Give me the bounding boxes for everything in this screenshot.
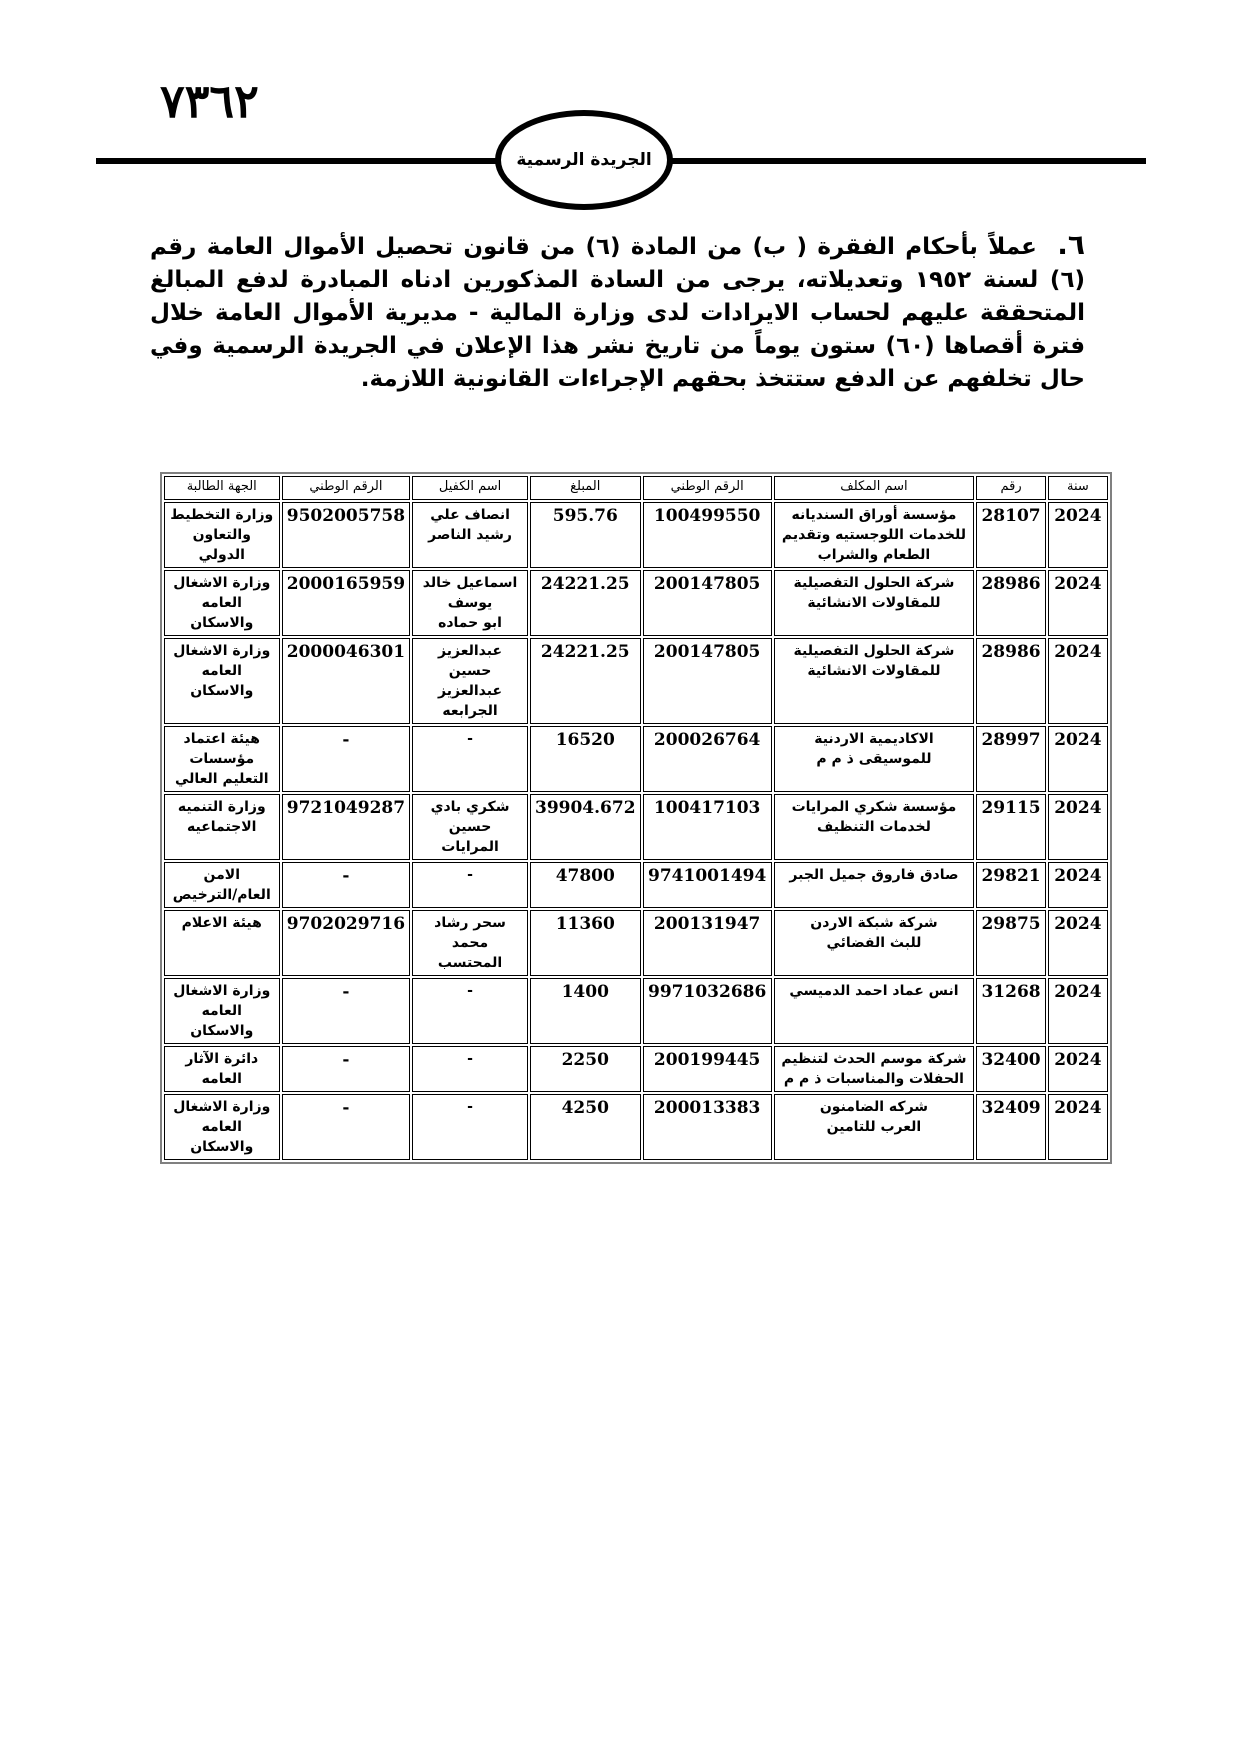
cell-guarantor-id: - <box>282 978 411 1044</box>
debtors-table: سنة رقم اسم المكلف الرقم الوطني المبلغ ا… <box>160 472 1112 1164</box>
table-row: 2024 29821 صادق فاروق جميل الجبر 9741001… <box>164 862 1108 908</box>
cell-number: 28997 <box>976 726 1045 792</box>
cell-requesting-party: الامن العام/الترخيص <box>164 862 280 908</box>
cell-national-id: 9971032686 <box>643 978 772 1044</box>
cell-number: 29115 <box>976 794 1045 860</box>
table-row: 2024 28986 شركة الحلول التفصيلية للمقاول… <box>164 570 1108 636</box>
cell-national-id: 200026764 <box>643 726 772 792</box>
cell-year: 2024 <box>1048 910 1108 976</box>
notice-text: عملاً بأحكام الفقرة ( ب) من المادة (٦) م… <box>150 234 1085 392</box>
cell-requesting-party: وزارة الاشغال العامه والاسكان <box>164 978 280 1044</box>
cell-national-id: 100499550 <box>643 502 772 568</box>
cell-number: 32409 <box>976 1094 1045 1160</box>
cell-requesting-party: وزارة الاشغال العامه والاسكان <box>164 1094 280 1160</box>
cell-guarantor: سحر رشاد محمد المحتسب <box>412 910 527 976</box>
notice-paragraph: ٦. عملاً بأحكام الفقرة ( ب) من المادة (٦… <box>150 228 1085 396</box>
col-header-guarantor-id: الرقم الوطني <box>282 476 411 500</box>
table-row: 2024 29875 شركة شبكة الاردن للبث الفضائي… <box>164 910 1108 976</box>
cell-guarantor: عبدالعزيز حسين عبدالعزيز الجرابعه <box>412 638 527 724</box>
cell-taxpayer: الاكاديمية الاردنية للموسيقى ذ م م <box>774 726 975 792</box>
cell-number: 29821 <box>976 862 1045 908</box>
cell-number: 28107 <box>976 502 1045 568</box>
cell-requesting-party: وزارة الاشغال العامه والاسكان <box>164 638 280 724</box>
cell-guarantor-id: 9502005758 <box>282 502 411 568</box>
table-row: 2024 29115 مؤسسة شكري المرايات لخدمات ال… <box>164 794 1108 860</box>
col-header-guarantor: اسم الكفيل <box>412 476 527 500</box>
cell-guarantor-id: - <box>282 1094 411 1160</box>
cell-guarantor-id: 9702029716 <box>282 910 411 976</box>
cell-guarantor: اسماعيل خالد يوسف ابو حماده <box>412 570 527 636</box>
cell-year: 2024 <box>1048 726 1108 792</box>
cell-guarantor: - <box>412 978 527 1044</box>
col-header-number: رقم <box>976 476 1045 500</box>
cell-amount: 47800 <box>530 862 641 908</box>
cell-year: 2024 <box>1048 978 1108 1044</box>
cell-amount: 39904.672 <box>530 794 641 860</box>
col-header-national-id: الرقم الوطني <box>643 476 772 500</box>
cell-taxpayer: صادق فاروق جميل الجبر <box>774 862 975 908</box>
table-row: 2024 32400 شركة موسم الحدث لتنظيم الحفلا… <box>164 1046 1108 1092</box>
cell-guarantor-id: 2000046301 <box>282 638 411 724</box>
cell-year: 2024 <box>1048 502 1108 568</box>
cell-year: 2024 <box>1048 638 1108 724</box>
cell-number: 32400 <box>976 1046 1045 1092</box>
cell-requesting-party: هيئة الاعلام <box>164 910 280 976</box>
col-header-taxpayer: اسم المكلف <box>774 476 975 500</box>
cell-national-id: 200131947 <box>643 910 772 976</box>
masthead-title: الجريدة الرسمية <box>516 150 651 170</box>
cell-guarantor: - <box>412 1094 527 1160</box>
col-header-year: سنة <box>1048 476 1108 500</box>
cell-guarantor: شكري بادي حسين المرايات <box>412 794 527 860</box>
cell-national-id: 100417103 <box>643 794 772 860</box>
cell-amount: 595.76 <box>530 502 641 568</box>
col-header-amount: المبلغ <box>530 476 641 500</box>
table-row: 2024 32409 شركه الضامنون العرب للتامين 2… <box>164 1094 1108 1160</box>
cell-amount: 11360 <box>530 910 641 976</box>
cell-amount: 16520 <box>530 726 641 792</box>
cell-year: 2024 <box>1048 1046 1108 1092</box>
cell-guarantor-id: 9721049287 <box>282 794 411 860</box>
cell-number: 31268 <box>976 978 1045 1044</box>
cell-year: 2024 <box>1048 794 1108 860</box>
table-row: 2024 28107 مؤسسة أوراق السنديانه للخدمات… <box>164 502 1108 568</box>
table-row: 2024 28986 شركة الحلول التفصيلية للمقاول… <box>164 638 1108 724</box>
cell-amount: 4250 <box>530 1094 641 1160</box>
cell-requesting-party: وزارة التنميه الاجتماعيه <box>164 794 280 860</box>
notice-item-number: ٦. <box>1057 228 1085 261</box>
cell-taxpayer: شركة الحلول التفصيلية للمقاولات الانشائي… <box>774 570 975 636</box>
col-header-requesting-party: الجهة الطالبة <box>164 476 280 500</box>
cell-taxpayer: شركة شبكة الاردن للبث الفضائي <box>774 910 975 976</box>
cell-year: 2024 <box>1048 570 1108 636</box>
cell-number: 28986 <box>976 638 1045 724</box>
cell-national-id: 200013383 <box>643 1094 772 1160</box>
cell-taxpayer: انس عماد احمد الدميسي <box>774 978 975 1044</box>
page-number: ٧٣٦٢ <box>160 78 259 124</box>
cell-year: 2024 <box>1048 862 1108 908</box>
cell-amount: 1400 <box>530 978 641 1044</box>
cell-guarantor-id: - <box>282 1046 411 1092</box>
cell-guarantor: - <box>412 726 527 792</box>
cell-national-id: 200199445 <box>643 1046 772 1092</box>
cell-guarantor-id: - <box>282 726 411 792</box>
cell-number: 29875 <box>976 910 1045 976</box>
cell-taxpayer: مؤسسة أوراق السنديانه للخدمات اللوجستيه … <box>774 502 975 568</box>
cell-guarantor: انصاف علي رشيد الناصر <box>412 502 527 568</box>
cell-amount: 24221.25 <box>530 638 641 724</box>
cell-guarantor: - <box>412 862 527 908</box>
cell-taxpayer: شركة الحلول التفصيلية للمقاولات الانشائي… <box>774 638 975 724</box>
cell-national-id: 200147805 <box>643 638 772 724</box>
cell-taxpayer: مؤسسة شكري المرايات لخدمات التنظيف <box>774 794 975 860</box>
cell-guarantor-id: - <box>282 862 411 908</box>
cell-requesting-party: هيئة اعتماد مؤسسات التعليم العالي <box>164 726 280 792</box>
cell-guarantor: - <box>412 1046 527 1092</box>
table-row: 2024 31268 انس عماد احمد الدميسي 9971032… <box>164 978 1108 1044</box>
cell-number: 28986 <box>976 570 1045 636</box>
cell-amount: 2250 <box>530 1046 641 1092</box>
cell-requesting-party: وزارة التخطيط والتعاون الدولي <box>164 502 280 568</box>
cell-national-id: 200147805 <box>643 570 772 636</box>
cell-requesting-party: وزارة الاشغال العامه والاسكان <box>164 570 280 636</box>
cell-guarantor-id: 2000165959 <box>282 570 411 636</box>
table-row: 2024 28997 الاكاديمية الاردنية للموسيقى … <box>164 726 1108 792</box>
cell-year: 2024 <box>1048 1094 1108 1160</box>
cell-taxpayer: شركة موسم الحدث لتنظيم الحفلات والمناسبا… <box>774 1046 975 1092</box>
cell-national-id: 9741001494 <box>643 862 772 908</box>
cell-taxpayer: شركه الضامنون العرب للتامين <box>774 1094 975 1160</box>
cell-requesting-party: دائرة الآثار العامه <box>164 1046 280 1092</box>
masthead-oval: الجريدة الرسمية <box>495 110 673 210</box>
table-header-row: سنة رقم اسم المكلف الرقم الوطني المبلغ ا… <box>164 476 1108 500</box>
cell-amount: 24221.25 <box>530 570 641 636</box>
